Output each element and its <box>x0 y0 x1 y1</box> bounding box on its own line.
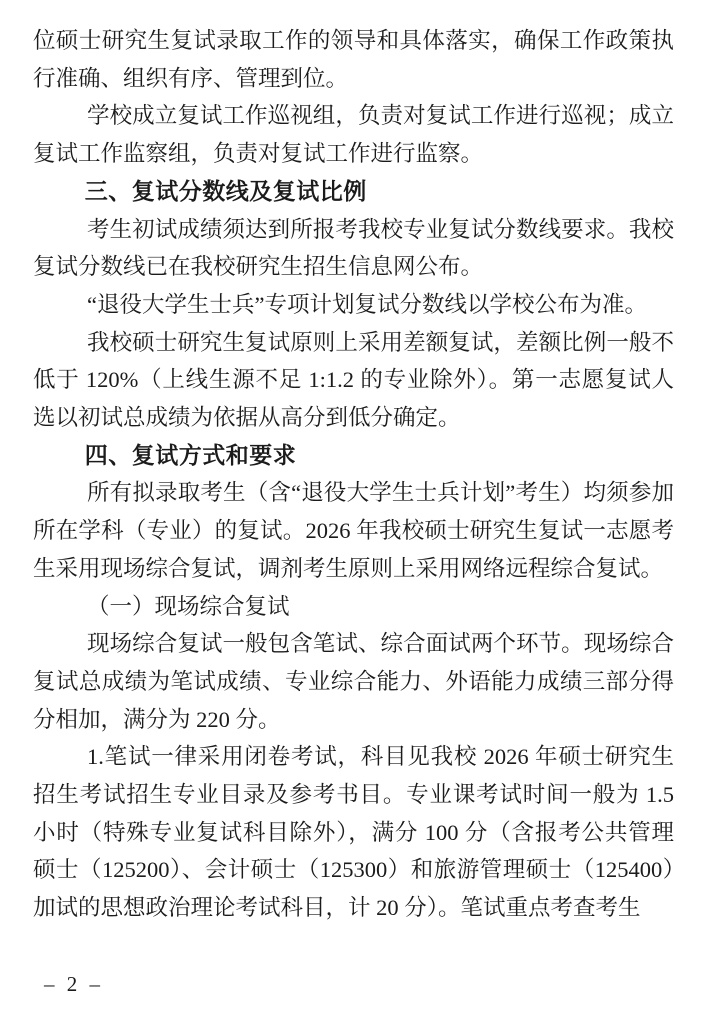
paragraph: 考生初试成绩须达到所报考我校专业复试分数线要求。我校复试分数线已在我校研究生招生… <box>33 211 674 286</box>
document-body: 位硕士研究生复试录取工作的领导和具体落实，确保工作政策执行准确、组织有序、管理到… <box>33 22 674 927</box>
document-page: 位硕士研究生复试录取工作的领导和具体落实，确保工作政策执行准确、组织有序、管理到… <box>0 0 704 1019</box>
section-heading-4: 四、复试方式和要求 <box>33 437 674 475</box>
section-heading-3: 三、复试分数线及复试比例 <box>33 173 674 211</box>
paragraph: 我校硕士研究生复试原则上采用差额复试，差额比例一般不低于 120%（上线生源不足… <box>33 324 674 437</box>
paragraph-continuation: 位硕士研究生复试录取工作的领导和具体落实，确保工作政策执行准确、组织有序、管理到… <box>33 22 674 97</box>
paragraph: 学校成立复试工作巡视组，负责对复试工作进行巡视；成立复试工作监察组，负责对复试工… <box>33 97 674 172</box>
paragraph: 1.笔试一律采用闭卷考试，科目见我校 2026 年硕士研究生招生考试招生专业目录… <box>33 738 674 927</box>
paragraph: 现场综合复试一般包含笔试、综合面试两个环节。现场综合复试总成绩为笔试成绩、专业综… <box>33 625 674 738</box>
page-number: – 2 – <box>44 972 100 997</box>
paragraph: “退役大学生士兵”专项计划复试分数线以学校公布为准。 <box>33 286 674 324</box>
paragraph: 所有拟录取考生（含“退役大学生士兵计划”考生）均须参加所在学科（专业）的复试。2… <box>33 474 674 587</box>
sub-section-title: （一）现场综合复试 <box>33 588 674 626</box>
